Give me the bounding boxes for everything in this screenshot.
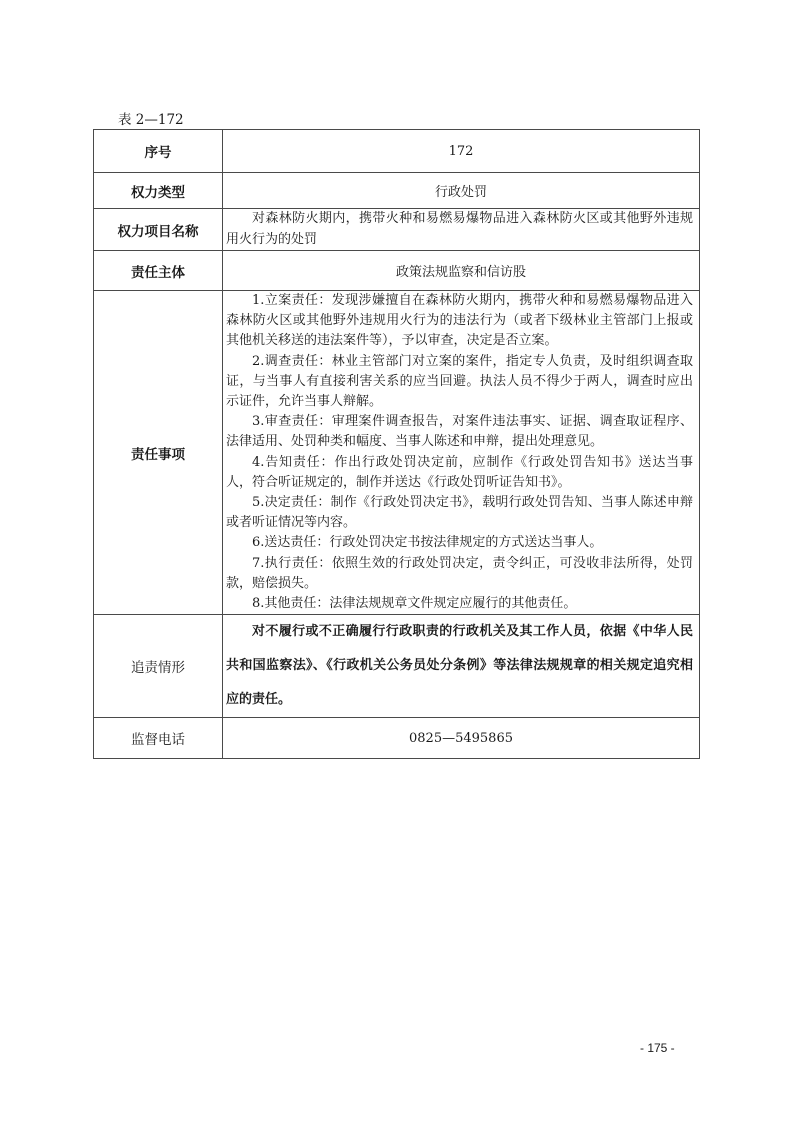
power-list-table: 序号 172 权力类型 行政处罚 权力项目名称 对森林防火期内，携带火种和易燃易… <box>93 129 700 759</box>
table-row-item-name: 权力项目名称 对森林防火期内，携带火种和易燃易爆物品进入森林防火区或其他野外违规… <box>94 209 700 251</box>
duty-item: 1.立案责任：发现涉嫌擅自在森林防火期内，携带火种和易燃易爆物品进入森林防火区或… <box>226 291 693 352</box>
row-label: 责任主体 <box>94 251 223 291</box>
duty-item: 6.送达责任：行政处罚决定书按法律规定的方式送达当事人。 <box>226 533 693 553</box>
table-row-serial: 序号 172 <box>94 130 700 173</box>
table-row-accountability: 追责情形 对不履行或不正确履行行政职责的行政机关及其工作人员，依据《中华人民共和… <box>94 615 700 718</box>
table-row-responsible-body: 责任主体 政策法规监察和信访股 <box>94 251 700 291</box>
duty-item: 7.执行责任：依照生效的行政处罚决定，责令纠正，可没收非法所得，处罚款，赔偿损失… <box>226 554 693 594</box>
accountability-text: 对不履行或不正确履行行政职责的行政机关及其工作人员，依据《中华人民共和国监察法》… <box>223 615 699 717</box>
duties-list: 1.立案责任：发现涉嫌擅自在森林防火期内，携带火种和易燃易爆物品进入森林防火区或… <box>223 291 700 615</box>
table-row-duties: 责任事项 1.立案责任：发现涉嫌擅自在森林防火期内，携带火种和易燃易爆物品进入森… <box>94 291 700 615</box>
row-label: 权力类型 <box>94 173 223 209</box>
table-caption: 表 2—172 <box>118 108 184 128</box>
item-name: 对森林防火期内，携带火种和易燃易爆物品进入森林防火区或其他野外违规用火行为的处罚 <box>226 209 693 249</box>
duty-item: 2.调查责任：林业主管部门对立案的案件，指定专人负责，及时组织调查取证，与当事人… <box>226 352 693 413</box>
duty-item: 5.决定责任：制作《行政处罚决定书》，载明行政处罚告知、当事人陈述申辩或者听证情… <box>226 493 693 533</box>
row-label: 权力项目名称 <box>94 209 223 251</box>
row-label: 追责情形 <box>94 615 223 718</box>
table-row-hotline: 监督电话 0825—5495865 <box>94 718 700 759</box>
hotline-number: 0825—5495865 <box>223 718 700 759</box>
duty-item: 3.审查责任：审理案件调查报告，对案件违法事实、证据、调查取证程序、法律适用、处… <box>226 412 693 452</box>
duty-item: 8.其他责任：法律法规规章文件规定应履行的其他责任。 <box>226 594 693 614</box>
power-type: 行政处罚 <box>223 173 700 209</box>
row-label: 序号 <box>94 130 223 173</box>
serial-number: 172 <box>223 130 700 173</box>
row-label: 责任事项 <box>94 291 223 615</box>
duty-item: 4.告知责任：作出行政处罚决定前，应制作《行政处罚告知书》送达当事人，符合听证规… <box>226 453 693 493</box>
row-label: 监督电话 <box>94 718 223 759</box>
page-number: - 175 - <box>640 1041 675 1055</box>
responsible-body: 政策法规监察和信访股 <box>223 251 700 291</box>
table-row-power-type: 权力类型 行政处罚 <box>94 173 700 209</box>
